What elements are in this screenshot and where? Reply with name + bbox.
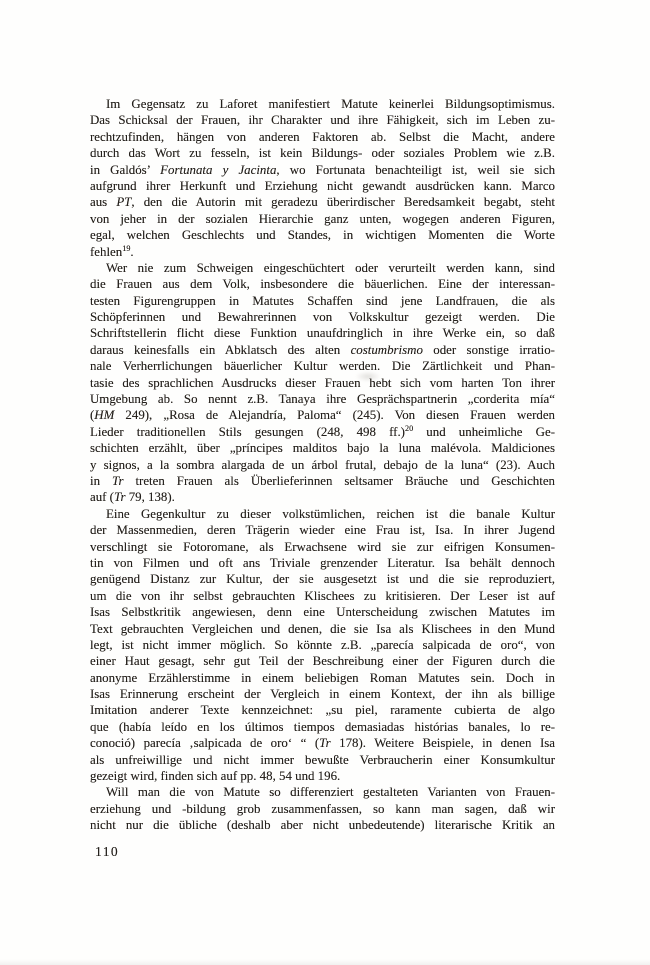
- text-line: Imitation anderer Texte kennzeichnet: „s…: [90, 702, 555, 718]
- text-segment: que (había leído en los últimos tiempos …: [90, 720, 555, 734]
- paragraph: Eine Gegenkultur zu dieser volkstümliche…: [90, 506, 555, 785]
- text-segment: einer Haut gesagt, sehr gut Teil der Bes…: [90, 654, 555, 668]
- text-line: Isas Erinnerung erscheint der Vergleich …: [90, 686, 555, 702]
- text-line: Will man die von Matute so differenziert…: [90, 784, 555, 800]
- text-segment: egal, welchen Geschlechts und Standes, i…: [90, 228, 555, 242]
- text-segment: Tr: [112, 474, 123, 488]
- text-line: Text gebrauchten Vergleichen und denen, …: [90, 621, 555, 637]
- text-segment: Imitation anderer Texte kennzeichnet: „s…: [90, 703, 555, 717]
- text-line: egal, welchen Geschlechts und Standes, i…: [90, 227, 555, 243]
- text-segment: genügend Distanz zur Kultur, der sie aus…: [90, 572, 555, 586]
- paragraph: Will man die von Matute so differenziert…: [90, 784, 555, 833]
- text-line: Das Schicksal der Frauen, ihr Charakter …: [90, 112, 555, 128]
- text-segment: PT: [116, 195, 131, 209]
- text-segment: um die von ihr selbst gebrauchten Klisch…: [90, 589, 555, 603]
- text-segment: oder sonstige irratio-: [423, 343, 555, 357]
- text-line: anonyme Erzählerstimme in einem beliebig…: [90, 670, 555, 686]
- scan-edge-shadow: [0, 959, 650, 965]
- text-line: conoció) parecía ‚salpicada de oro‘ “ (T…: [90, 735, 555, 751]
- text-segment: Will man die von Matute so differenziert…: [106, 785, 555, 799]
- text-line: que (había leído en los últimos tiempos …: [90, 719, 555, 735]
- text-line: genügend Distanz zur Kultur, der sie aus…: [90, 571, 555, 587]
- text-segment: aufgrund ihrer Herkunft und Erziehung ni…: [90, 179, 555, 193]
- text-segment: erziehung und -bildung grob zusammenfass…: [90, 802, 555, 816]
- text-segment: durch das Wort zu fesseln, ist kein Bild…: [90, 146, 555, 160]
- text-segment: Das Schicksal der Frauen, ihr Charakter …: [90, 113, 555, 127]
- text-segment: nale Verherrlichungen bäuerlicher Kultur…: [90, 359, 555, 373]
- page-number: 110: [95, 844, 119, 860]
- text-segment: .: [130, 245, 133, 259]
- text-segment: Isas Erinnerung erscheint der Vergleich …: [90, 687, 555, 701]
- text-segment: , wo Fortunata benachteiligt ist, weil s…: [276, 163, 555, 177]
- text-segment: Umgebung ab. So nennt z.B. Tanaya ihre G…: [90, 392, 555, 406]
- text-line: Lieder traditionellen Stils gesungen (24…: [90, 424, 555, 440]
- text-segment: Wer nie zum Schweigen eingeschüchtert od…: [106, 261, 555, 275]
- text-line: Schriftstellerin flicht diese Funktion u…: [90, 325, 555, 341]
- text-segment: Isas Selbstkritik angewiesen, denn eine …: [90, 605, 555, 619]
- text-line: auf (Tr 79, 138).: [90, 489, 555, 505]
- text-segment: aus: [90, 195, 116, 209]
- text-segment: y signos, a la sombra alargada de un árb…: [90, 458, 555, 472]
- text-line: in Galdós’ Fortunata y Jacinta, wo Fortu…: [90, 162, 555, 178]
- text-line: aus PT, den die Autorin mit geradezu übe…: [90, 194, 555, 210]
- text-segment: von jeher in der sozialen Hierarchie gan…: [90, 212, 555, 226]
- text-line: Umgebung ab. So nennt z.B. Tanaya ihre G…: [90, 391, 555, 407]
- text-line: erziehung und -bildung grob zusammenfass…: [90, 801, 555, 817]
- text-segment: Fortunata y Jacinta: [160, 163, 276, 177]
- text-line: legt, ist nicht immer möglich. So könnte…: [90, 637, 555, 653]
- text-segment: tin von Filmen und oft ans Triviale gren…: [90, 556, 555, 570]
- text-segment: gezeigt wird, finden sich auf pp. 48, 54…: [90, 769, 340, 783]
- text-segment: conoció) parecía ‚salpicada de oro‘ “ (: [90, 736, 319, 750]
- text-line: (HM 249), „Rosa de Alejandría, Paloma“ (…: [90, 407, 555, 423]
- text-segment: Tr: [319, 736, 330, 750]
- text-line: schichten erzählt, über „príncipes maldi…: [90, 440, 555, 456]
- text-line: y signos, a la sombra alargada de un árb…: [90, 457, 555, 473]
- text-line: nale Verherrlichungen bäuerlicher Kultur…: [90, 358, 555, 374]
- text-segment: Schriftstellerin flicht diese Funktion u…: [90, 326, 555, 340]
- text-segment: HM: [94, 408, 114, 422]
- text-line: Wer nie zum Schweigen eingeschüchtert od…: [90, 260, 555, 276]
- text-segment: auf (: [90, 490, 114, 504]
- text-line: um die von ihr selbst gebrauchten Klisch…: [90, 588, 555, 604]
- text-segment: legt, ist nicht immer möglich. So könnte…: [90, 638, 555, 652]
- text-line: der Massenmedien, deren Trägerin wieder …: [90, 522, 555, 538]
- text-line: rechtzufinden, hängen von anderen Faktor…: [90, 129, 555, 145]
- text-line: in Tr treten Frauen als Überlieferinnen …: [90, 473, 555, 489]
- text-segment: als unfreiwillige und nicht immer bewußt…: [90, 753, 555, 767]
- text-line: daraus keinesfalls ein Abklatsch des alt…: [90, 342, 555, 358]
- text-segment: 178). Weitere Beispiele, in denen Isa: [331, 736, 555, 750]
- text-segment: der Massenmedien, deren Trägerin wieder …: [90, 523, 555, 537]
- text-segment: treten Frauen als Überlieferinnen seltsa…: [123, 474, 555, 488]
- text-line: die Frauen aus dem Volk, insbesondere di…: [90, 276, 555, 292]
- text-segment: und unheimliche Ge-: [413, 425, 555, 439]
- text-segment: testen Figurengruppen in Matutes Schaffe…: [90, 294, 555, 308]
- text-segment: anonyme Erzählerstimme in einem beliebig…: [90, 671, 555, 685]
- text-line: tasie des sprachlichen Ausdrucks dieser …: [90, 375, 555, 391]
- text-segment: Text gebrauchten Vergleichen und denen, …: [90, 622, 555, 636]
- text-segment: daraus keinesfalls ein Abklatsch des alt…: [90, 343, 351, 357]
- text-line: fehlen19.: [90, 244, 555, 260]
- text-line: testen Figurengruppen in Matutes Schaffe…: [90, 293, 555, 309]
- text-line: Schöpferinnen und Bewahrerinnen von Volk…: [90, 309, 555, 325]
- text-line: verschlingt sie Fotoromane, als Erwachse…: [90, 539, 555, 555]
- text-segment: Schöpferinnen und Bewahrerinnen von Volk…: [90, 310, 555, 324]
- text-segment: , den die Autorin mit geradezu überirdis…: [131, 195, 555, 209]
- footnote-reference: 20: [405, 424, 413, 433]
- text-line: Eine Gegenkultur zu dieser volkstümliche…: [90, 506, 555, 522]
- text-segment: nicht nur die übliche (deshalb aber nich…: [90, 818, 555, 832]
- text-segment: verschlingt sie Fotoromane, als Erwachse…: [90, 540, 555, 554]
- text-line: tin von Filmen und oft ans Triviale gren…: [90, 555, 555, 571]
- text-line: als unfreiwillige und nicht immer bewußt…: [90, 752, 555, 768]
- text-segment: in: [90, 474, 112, 488]
- footnote-reference: 19: [122, 244, 130, 253]
- text-segment: Eine Gegenkultur zu dieser volkstümliche…: [106, 507, 555, 521]
- text-segment: Tr: [114, 490, 125, 504]
- text-segment: Lieder traditionellen Stils gesungen (24…: [90, 425, 405, 439]
- text-segment: schichten erzählt, über „príncipes maldi…: [90, 441, 555, 455]
- scanned-book-page: Im Gegensatz zu Laforet manifestiert Mat…: [0, 0, 650, 965]
- text-segment: rechtzufinden, hängen von anderen Faktor…: [90, 130, 555, 144]
- text-line: gezeigt wird, finden sich auf pp. 48, 54…: [90, 768, 555, 784]
- text-segment: Im Gegensatz zu Laforet manifestiert Mat…: [106, 97, 555, 111]
- paragraph: Im Gegensatz zu Laforet manifestiert Mat…: [90, 96, 555, 260]
- paragraph: Wer nie zum Schweigen eingeschüchtert od…: [90, 260, 555, 506]
- text-line: Isas Selbstkritik angewiesen, denn eine …: [90, 604, 555, 620]
- text-line: aufgrund ihrer Herkunft und Erziehung ni…: [90, 178, 555, 194]
- text-segment: fehlen: [90, 245, 122, 259]
- text-line: durch das Wort zu fesseln, ist kein Bild…: [90, 145, 555, 161]
- text-segment: 249), „Rosa de Alejandría, Paloma“ (245)…: [114, 408, 555, 422]
- body-text: Im Gegensatz zu Laforet manifestiert Mat…: [90, 96, 555, 834]
- text-segment: tasie des sprachlichen Ausdrucks dieser …: [90, 376, 555, 390]
- text-segment: 79, 138).: [125, 490, 174, 504]
- text-segment: costumbrismo: [351, 343, 423, 357]
- text-line: nicht nur die übliche (deshalb aber nich…: [90, 817, 555, 833]
- text-segment: die Frauen aus dem Volk, insbesondere di…: [90, 277, 555, 291]
- text-line: von jeher in der sozialen Hierarchie gan…: [90, 211, 555, 227]
- text-segment: in Galdós’: [90, 163, 160, 177]
- text-line: Im Gegensatz zu Laforet manifestiert Mat…: [90, 96, 555, 112]
- text-line: einer Haut gesagt, sehr gut Teil der Bes…: [90, 653, 555, 669]
